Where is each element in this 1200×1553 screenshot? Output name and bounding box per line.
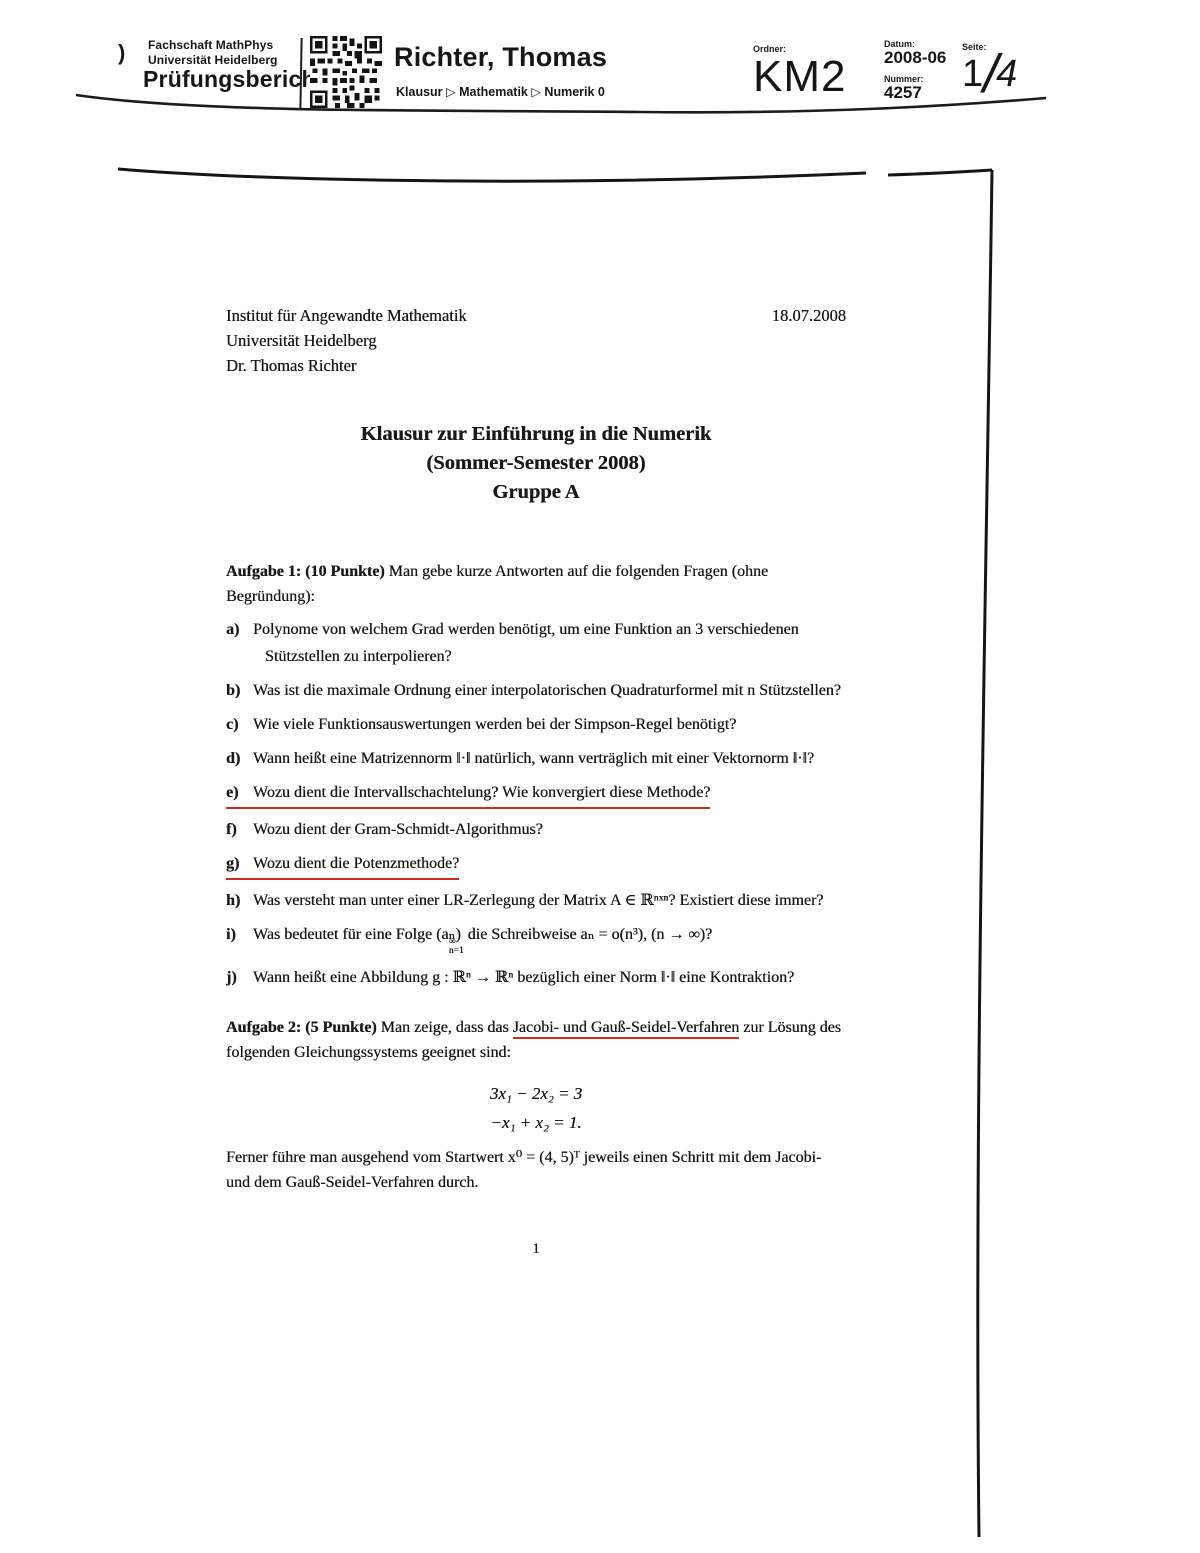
question-text: Wie viele Funktionsauswertungen werden b… xyxy=(253,711,736,738)
question-item-e: e) Wozu dient die Intervallschachtelung?… xyxy=(226,779,710,809)
question-label: g) xyxy=(226,850,253,877)
question-label: f) xyxy=(226,816,253,843)
datum-value: 2008-06 xyxy=(884,49,946,67)
equation-1: 3x₁ − 2x₂ = 3 xyxy=(226,1079,846,1108)
institute-line: Institut für Angewandte Mathematik xyxy=(226,303,846,328)
question-item-b: b) Was ist die maximale Ordnung einer in… xyxy=(226,677,846,704)
question-text-pre: Was bedeutet für eine Folge (aₙ) xyxy=(253,926,461,943)
question-item-i: i) Was bedeutet für eine Folge (aₙ)∞n=1 … xyxy=(226,921,846,957)
task2-label: Aufgabe 2: (5 Punkte) xyxy=(226,1019,377,1036)
question-label: b) xyxy=(226,677,253,704)
task2-closing: Ferner führe man ausgehend vom Startwert… xyxy=(226,1145,846,1195)
question-text: Polynome von welchem Grad werden benötig… xyxy=(253,616,846,670)
page-number: 1 xyxy=(226,1241,846,1258)
question-text: Wann heißt eine Abbildung g : ℝⁿ → ℝⁿ be… xyxy=(253,964,794,991)
field-seite: Seite: 1/4 xyxy=(962,42,1017,96)
title-line-3: Gruppe A xyxy=(226,478,846,507)
logo-mark: ) xyxy=(118,40,125,66)
question-label: d) xyxy=(226,745,253,772)
qr-code-icon xyxy=(310,36,382,108)
page-right-edge xyxy=(978,170,992,1537)
exam-author-name: Richter, Thomas xyxy=(394,42,607,73)
scanned-exam-page: ) Fachschaft MathPhys Universität Heidel… xyxy=(0,0,1200,1553)
equation-2: −x₁ + x₂ = 1. xyxy=(226,1108,846,1137)
page-slash: / xyxy=(983,44,996,104)
task2-intro-pre: Man zeige, dass das xyxy=(381,1019,513,1036)
question-text-red-underlined: Wozu dient die Potenzmethode? xyxy=(253,850,459,877)
question-text: Was bedeutet für eine Folge (aₙ)∞n=1 die… xyxy=(253,921,712,957)
page-top-rule-right xyxy=(888,170,992,175)
field-nummer: Nummer: 4257 xyxy=(884,74,924,102)
exam-date: 18.07.2008 xyxy=(772,303,846,328)
question-text: Was versteht man unter einer LR-Zerlegun… xyxy=(253,887,823,914)
org-line-1: Fachschaft MathPhys xyxy=(148,38,278,53)
question-text: Was ist die maximale Ordnung einer inter… xyxy=(253,677,841,704)
exam-document: Institut für Angewandte Mathematik Unive… xyxy=(226,303,846,1258)
question-text-post: die Schreibweise aₙ = o(n³), (n → ∞)? xyxy=(464,926,713,943)
task2-intro: Aufgabe 2: (5 Punkte) Man zeige, dass da… xyxy=(226,1015,846,1065)
university-line: Universität Heidelberg xyxy=(226,328,846,353)
equation-system: 3x₁ − 2x₂ = 3 −x₁ + x₂ = 1. xyxy=(226,1079,846,1137)
title-line-1: Klausur zur Einführung in die Numerik xyxy=(226,420,846,449)
question-label: a) xyxy=(226,616,253,670)
question-label: h) xyxy=(226,887,253,914)
question-item-f: f) Wozu dient der Gram-Schmidt-Algorithm… xyxy=(226,816,846,843)
page-total: 4 xyxy=(996,53,1017,95)
field-ordner: Ordner: KM2 xyxy=(753,44,846,100)
page-indicator: 1/4 xyxy=(962,52,1017,96)
question-item-a: a) Polynome von welchem Grad werden benö… xyxy=(226,616,846,670)
page-current: 1 xyxy=(962,53,983,95)
question-item-j: j) Wann heißt eine Abbildung g : ℝⁿ → ℝⁿ… xyxy=(226,964,846,991)
organization-name: Fachschaft MathPhys Universität Heidelbe… xyxy=(148,38,278,68)
limit-sub: n=1 xyxy=(461,947,464,957)
task1-label: Aufgabe 1: (10 Punkte) xyxy=(226,563,385,580)
question-label: e) xyxy=(226,779,253,806)
document-head: Institut für Angewandte Mathematik Unive… xyxy=(226,303,846,378)
question-item-c: c) Wie viele Funktionsauswertungen werde… xyxy=(226,711,846,738)
report-type-label: Prüfungsbericht xyxy=(143,66,324,93)
task2-red-underlined-phrase: Jacobi- und Gauß-Seidel-Verfahren xyxy=(513,1019,740,1039)
question-text-red-underlined: Wozu dient die Intervallschachtelung? Wi… xyxy=(253,779,710,806)
exam-title: Klausur zur Einführung in die Numerik (S… xyxy=(226,420,846,507)
question-label: i) xyxy=(226,921,253,957)
breadcrumb: Klausur ▷ Mathematik ▷ Numerik 0 xyxy=(396,84,605,99)
task1-question-list: a) Polynome von welchem Grad werden benö… xyxy=(226,616,846,991)
author-line: Dr. Thomas Richter xyxy=(226,353,846,378)
question-text: Wozu dient der Gram-Schmidt-Algorithmus? xyxy=(253,816,543,843)
ordner-value: KM2 xyxy=(753,54,846,100)
question-label: j) xyxy=(226,964,253,991)
question-item-d: d) Wann heißt eine Matrizennorm ‖·‖ natü… xyxy=(226,745,846,772)
question-label: c) xyxy=(226,711,253,738)
page-top-rule xyxy=(118,169,866,181)
title-line-2: (Sommer-Semester 2008) xyxy=(226,449,846,478)
question-item-g: g) Wozu dient die Potenzmethode? xyxy=(226,850,459,880)
nummer-value: 4257 xyxy=(884,84,924,102)
field-datum: Datum: 2008-06 xyxy=(884,39,946,67)
question-text: Wann heißt eine Matrizennorm ‖·‖ natürli… xyxy=(253,745,814,772)
archive-header: ) Fachschaft MathPhys Universität Heidel… xyxy=(0,0,1200,160)
question-item-h: h) Was versteht man unter einer LR-Zerle… xyxy=(226,887,846,914)
task1-intro: Aufgabe 1: (10 Punkte) Man gebe kurze An… xyxy=(226,559,846,609)
